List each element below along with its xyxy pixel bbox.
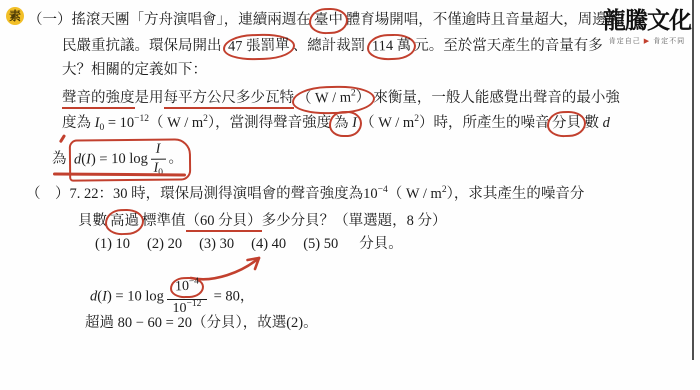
options-unit: 分貝。	[359, 236, 403, 252]
text-run: 搖滾天團「方舟演唱會」，連續兩週在	[72, 12, 311, 28]
annotation-underline-watt: 每平方公尺多少瓦特	[164, 90, 295, 109]
text-run: 。	[168, 150, 183, 166]
math-exponent: −4	[378, 185, 388, 195]
math-exponent: −12	[134, 114, 149, 124]
problem-label: （一）	[28, 12, 72, 28]
problem-line-1: （一）搖滾天團「方舟演唱會」，連續兩週在臺中體育場開唱，不僅逾時且音量超大，周邊…	[28, 8, 621, 34]
option-3: (3) 30	[199, 236, 234, 252]
math-sub: 0	[99, 123, 104, 133]
text-run: = 10	[104, 115, 134, 131]
unit-text: ）	[356, 89, 371, 105]
math-exponent: −4	[189, 277, 199, 287]
text-run: ）時，所產生的噪音	[419, 115, 550, 131]
option-2: (2) 20	[147, 236, 182, 252]
annotation-circle-exceed: 高過	[105, 208, 145, 235]
literacy-badge: 素	[6, 7, 24, 25]
problem-line-2: 民嚴重抗議。環保局開出 47 張罰單、總計裁罰 114 萬元。至於當天產生的音量…	[62, 34, 603, 60]
unit-text: （ W / m	[297, 90, 352, 107]
annotation-circle-fine-114: 114 萬	[367, 33, 417, 60]
option-5: (5) 50	[303, 236, 338, 252]
text-run: ），當測得聲音強度	[208, 115, 331, 131]
math-text: ) = 10 log	[107, 288, 164, 304]
text-run: 、總計裁罰	[293, 38, 369, 54]
solution-formula-line: d(I) = 10 log10−410−12 = 80，	[90, 277, 254, 317]
definition-line-2: 度為 I0 = 10−12（ W / m2），當測得聲音強度為 I（ W / m…	[62, 111, 610, 137]
text-run: 度為	[62, 115, 95, 131]
unit-text: （ W / m	[388, 186, 442, 202]
text-run: 民嚴重抗議。環保局開出	[62, 38, 225, 54]
text-run: 貝數	[78, 213, 107, 229]
unit-exponent: 2	[442, 185, 447, 195]
math-var: d	[73, 151, 80, 167]
annotation-underline-60db: （60 分貝）	[186, 213, 262, 232]
annotation-circle-wei-i: 為 I	[329, 111, 363, 138]
text-run: 超過 80 − 60 = 20（分貝），故選(2)。	[85, 315, 318, 331]
math-var: I	[352, 115, 357, 131]
page-right-border	[692, 0, 694, 360]
math-var: I	[86, 151, 91, 167]
publisher-logo-tagline: 肯定自己 ▶ 肯定不同	[600, 36, 694, 46]
text-run: 為	[334, 115, 353, 131]
unit-text: （ W / m	[149, 115, 203, 131]
text-run: 多少分貝？（單選題，8 分）	[262, 213, 447, 229]
annotation-underline-sound-intensity: 聲音的強度	[62, 90, 135, 109]
fraction-numerator: I	[155, 142, 160, 157]
question-line-2: 貝數高過標準值（60 分貝）多少分貝？（單選題，8 分）	[78, 209, 447, 235]
unit-text: （ W / m	[360, 115, 414, 131]
text-run: 標準值	[142, 213, 186, 229]
annotation-circle-decibel: 分貝	[547, 110, 587, 137]
option-1: (1) 10	[95, 236, 130, 252]
fraction: 10−410−12	[167, 277, 207, 317]
annotation-circle-fine-47: 47 張罰單	[223, 33, 295, 61]
problem-line-3: 大？相關的定義如下：	[62, 60, 207, 81]
question-number: 7.	[70, 186, 81, 202]
text-run: 體育場開唱，不僅逾時且音量超大，周邊居	[346, 12, 622, 28]
math-var: d	[603, 115, 610, 131]
text-run: ，	[240, 288, 255, 304]
question-line-1: （ ）7. 22：30 時，環保局測得演唱會的聲音強度為10−4（ W / m2…	[26, 184, 584, 207]
annotation-circle-numerator: 10−4	[170, 277, 205, 299]
unit-exponent: 2	[203, 114, 208, 124]
text-run: 元。至於當天產生的音量有多	[414, 38, 603, 54]
annotation-circle-taichung: 臺中	[308, 7, 348, 34]
unit-exponent: 2	[351, 88, 356, 98]
fraction-numerator: 10	[175, 279, 189, 294]
text-run: 22：30 時，環保局測得演唱會的聲音強度為10	[80, 186, 377, 202]
tagline-left: 肯定自己	[609, 36, 641, 46]
text-run: 是用	[135, 90, 164, 106]
math-text: = 80	[210, 288, 240, 304]
option-4: (4) 40	[251, 236, 286, 252]
definition-line-1: 聲音的強度是用每平方公尺多少瓦特（ W / m2）來衡量，一般人能感覺出聲音的最…	[62, 86, 620, 114]
text-run: 來衡量，一般人能感覺出聲音的最小強	[373, 90, 620, 106]
answer-blank: （ ）	[26, 186, 70, 202]
math-exponent: −12	[186, 299, 201, 309]
text-run: 為	[52, 151, 67, 167]
fraction: II0	[150, 142, 165, 177]
tagline-arrow-icon: ▶	[644, 37, 650, 45]
text-run: ），求其產生的噪音分	[447, 186, 585, 202]
math-paren: (	[81, 151, 86, 167]
tagline-right: 肯定不同	[653, 36, 685, 46]
solution-conclusion-line: 超過 80 − 60 = 20（分貝），故選(2)。	[85, 313, 318, 334]
text-run: 大？相關的定義如下：	[62, 62, 207, 78]
unit-exponent: 2	[414, 114, 419, 124]
text-run: 數	[584, 115, 602, 131]
math-text: ) = 10 log	[90, 151, 147, 168]
